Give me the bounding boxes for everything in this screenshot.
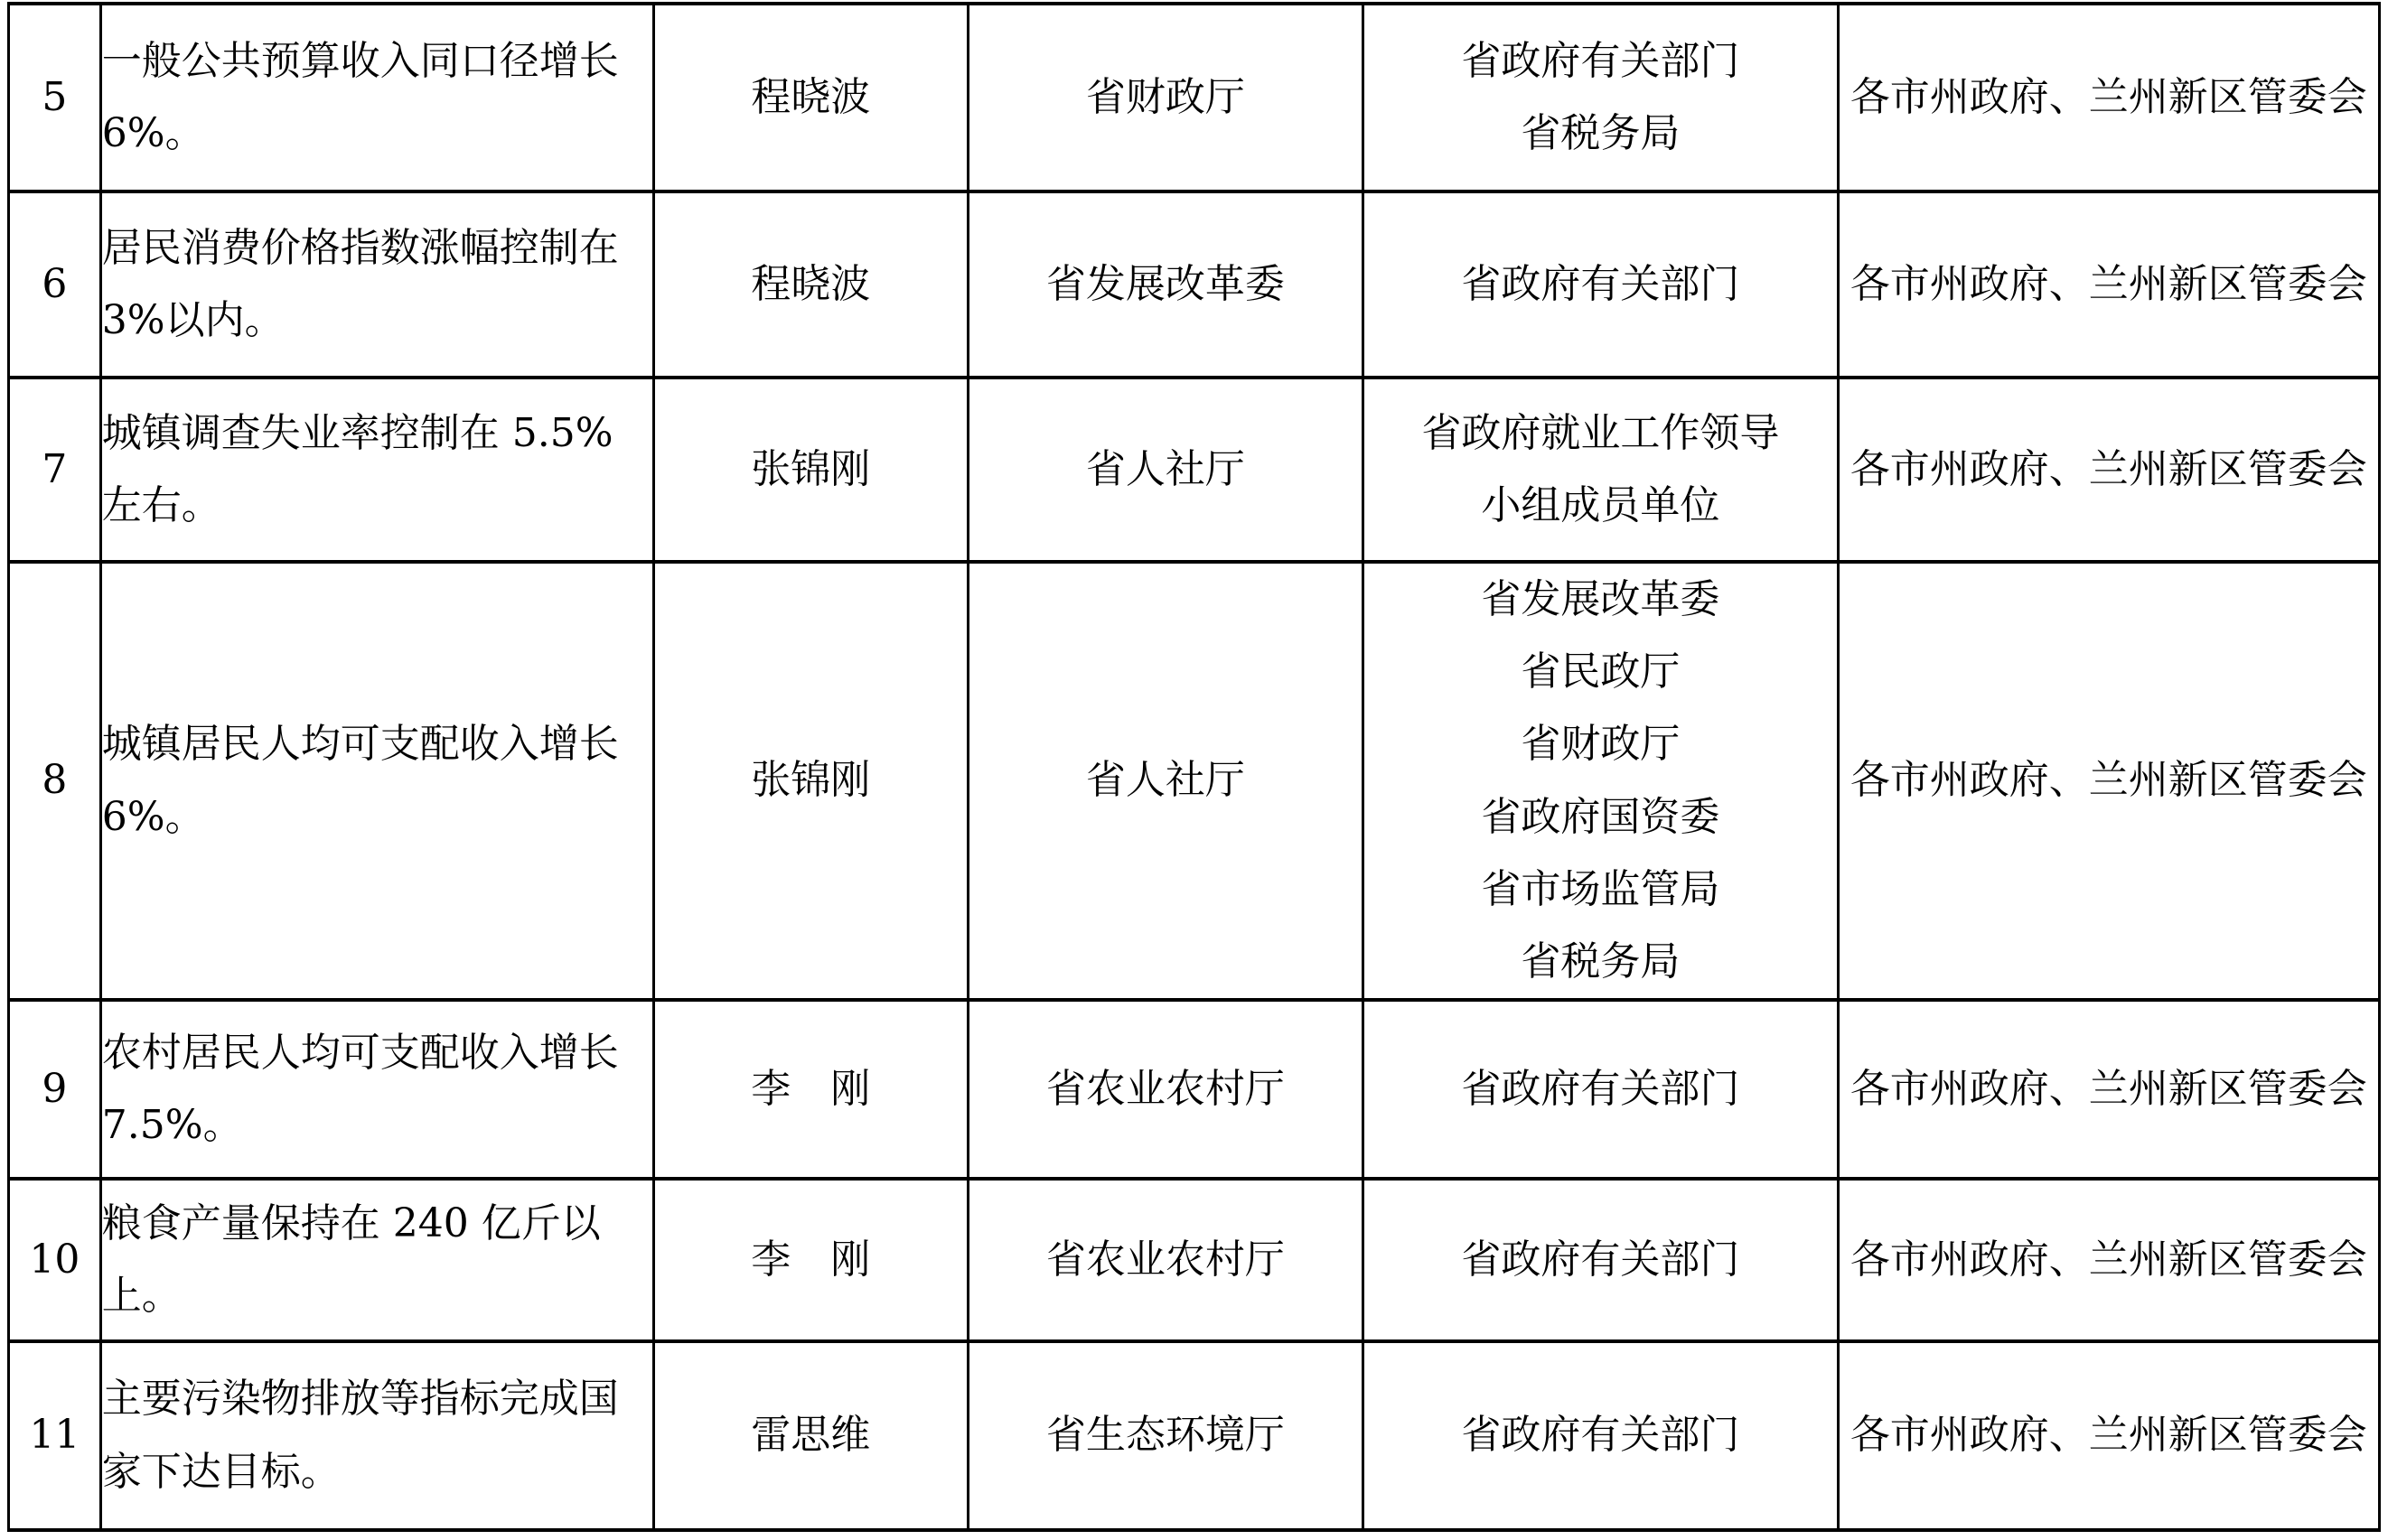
impl-units-cell: 各市州政府、兰州新区管委会: [1838, 1000, 2379, 1179]
leader-cell: 程晓波: [653, 4, 968, 191]
task-cell: 粮食产量保持在 240 亿斤以 上。: [100, 1179, 653, 1341]
leader-cell: 张锦刚: [653, 562, 968, 1000]
row-number-cell: 10: [9, 1179, 101, 1341]
table-row: 11 主要污染物排放等指标完成国 家下达目标。 雷思维 省生态环境厅 省政府有关…: [9, 1341, 2380, 1530]
coop-depts-cell: 省政府有关部门: [1363, 1000, 1839, 1179]
row-number-cell: 8: [9, 562, 101, 1000]
coop-depts-cell: 省发展改革委 省民政厅 省财政厅 省政府国资委 省市场监管局 省税务局: [1363, 562, 1839, 1000]
coop-depts-cell: 省政府有关部门: [1363, 191, 1839, 378]
task-cell: 农村居民人均可支配收入增长 7.5%。: [100, 1000, 653, 1179]
table-row: 7 城镇调查失业率控制在 5.5% 左右。 张锦刚 省人社厅 省政府就业工作领导…: [9, 378, 2380, 562]
leader-cell: 李 刚: [653, 1179, 968, 1341]
lead-dept-cell: 省财政厅: [968, 4, 1363, 191]
row-number-cell: 6: [9, 191, 101, 378]
impl-units-cell: 各市州政府、兰州新区管委会: [1838, 4, 2379, 191]
table-row: 9 农村居民人均可支配收入增长 7.5%。 李 刚 省农业农村厅 省政府有关部门…: [9, 1000, 2380, 1179]
impl-units-cell: 各市州政府、兰州新区管委会: [1838, 1341, 2379, 1530]
row-number-cell: 11: [9, 1341, 101, 1530]
row-number-cell: 9: [9, 1000, 101, 1179]
task-cell: 城镇居民人均可支配收入增长 6%。: [100, 562, 653, 1000]
lead-dept-cell: 省农业农村厅: [968, 1000, 1363, 1179]
lead-dept-cell: 省人社厅: [968, 562, 1363, 1000]
scanned-document-page: 5 一般公共预算收入同口径增长 6%。 程晓波 省财政厅 省政府有关部门 省税务…: [0, 0, 2388, 1540]
lead-dept-cell: 省农业农村厅: [968, 1179, 1363, 1341]
leader-cell: 李 刚: [653, 1000, 968, 1179]
impl-units-cell: 各市州政府、兰州新区管委会: [1838, 1179, 2379, 1341]
lead-dept-cell: 省人社厅: [968, 378, 1363, 562]
coop-depts-cell: 省政府有关部门 省税务局: [1363, 4, 1839, 191]
task-cell: 一般公共预算收入同口径增长 6%。: [100, 4, 653, 191]
leader-cell: 雷思维: [653, 1341, 968, 1530]
row-number-cell: 7: [9, 378, 101, 562]
task-cell: 主要污染物排放等指标完成国 家下达目标。: [100, 1341, 653, 1530]
task-cell: 居民消费价格指数涨幅控制在 3%以内。: [100, 191, 653, 378]
table-row: 5 一般公共预算收入同口径增长 6%。 程晓波 省财政厅 省政府有关部门 省税务…: [9, 4, 2380, 191]
table-row: 10 粮食产量保持在 240 亿斤以 上。 李 刚 省农业农村厅 省政府有关部门…: [9, 1179, 2380, 1341]
table-row: 6 居民消费价格指数涨幅控制在 3%以内。 程晓波 省发展改革委 省政府有关部门…: [9, 191, 2380, 378]
lead-dept-cell: 省发展改革委: [968, 191, 1363, 378]
impl-units-cell: 各市州政府、兰州新区管委会: [1838, 378, 2379, 562]
coop-depts-cell: 省政府就业工作领导 小组成员单位: [1363, 378, 1839, 562]
impl-units-cell: 各市州政府、兰州新区管委会: [1838, 562, 2379, 1000]
row-number-cell: 5: [9, 4, 101, 191]
impl-units-cell: 各市州政府、兰州新区管委会: [1838, 191, 2379, 378]
coop-depts-cell: 省政府有关部门: [1363, 1179, 1839, 1341]
table-row: 8 城镇居民人均可支配收入增长 6%。 张锦刚 省人社厅 省发展改革委 省民政厅…: [9, 562, 2380, 1000]
leader-cell: 张锦刚: [653, 378, 968, 562]
task-cell: 城镇调查失业率控制在 5.5% 左右。: [100, 378, 653, 562]
lead-dept-cell: 省生态环境厅: [968, 1341, 1363, 1530]
coop-depts-cell: 省政府有关部门: [1363, 1341, 1839, 1530]
targets-responsibility-table: 5 一般公共预算收入同口径增长 6%。 程晓波 省财政厅 省政府有关部门 省税务…: [7, 2, 2381, 1532]
leader-cell: 程晓波: [653, 191, 968, 378]
